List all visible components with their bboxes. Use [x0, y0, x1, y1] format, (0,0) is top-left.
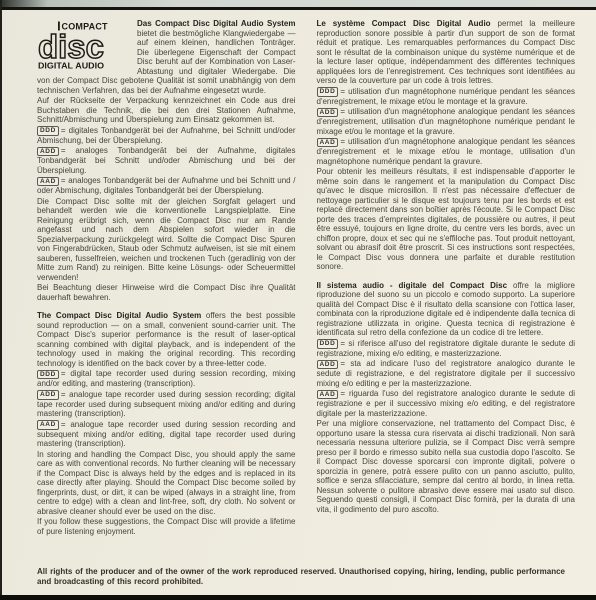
english-care: In storing and handling the Compact Disc… — [37, 450, 296, 517]
add-badge: ADD — [37, 390, 59, 400]
cd-logo-icon: COMPACT disc DIGITAL AUDIO — [37, 20, 129, 70]
german-ddd-text: = digitales Tonbandgerät bei der Aufnahm… — [37, 126, 296, 145]
bottom-border-line — [0, 595, 596, 600]
aad-badge: AAD — [317, 138, 339, 148]
aad-badge: AAD — [37, 420, 59, 430]
english-aad-text: = analogue tape recorder used during ses… — [37, 420, 296, 449]
french-code-ddd: DDD= utilisation d'un magnétophone numér… — [317, 87, 576, 107]
english-intro: The Compact Disc Digital Audio System of… — [37, 311, 296, 368]
booklet-page: COMPACT disc DIGITAL AUDIO Das Compact D… — [0, 0, 596, 600]
french-care: Pour obtenir les meilleurs résultats, il… — [317, 167, 576, 272]
top-border-line — [0, 7, 596, 10]
ddd-badge: DDD — [317, 339, 339, 349]
right-column: Le système Compact Disc Digital Audio pe… — [317, 19, 576, 537]
top-edge-strip — [0, 0, 596, 7]
french-code-aad: AAD= utilisation d'un magnétophone analo… — [317, 137, 576, 166]
german-code-intro: Auf der Rückseite der Verpackung kennzei… — [37, 96, 296, 125]
add-badge: ADD — [37, 147, 59, 157]
left-column: COMPACT disc DIGITAL AUDIO Das Compact D… — [37, 19, 296, 537]
german-code-aad: AAD= analoges Tonbandgerät bei der Aufna… — [37, 176, 296, 196]
german-code-ddd: DDD= digitales Tonbandgerät bei der Aufn… — [37, 126, 296, 146]
french-code-add: ADD= utilisation d'un magnétophone analo… — [317, 107, 576, 136]
english-code-aad: AAD= analogue tape recorder used during … — [37, 420, 296, 449]
text-columns: COMPACT disc DIGITAL AUDIO Das Compact D… — [37, 19, 575, 537]
german-closing: Bei Beachtung dieser Hinweise wird die C… — [37, 283, 296, 302]
logo-digital-audio-label: DIGITAL AUDIO — [38, 62, 104, 71]
italian-lead: Il sistema audio - digitale del Compact … — [317, 281, 508, 290]
english-code-add: ADD= analogue tape recorder used during … — [37, 390, 296, 419]
italian-aad-text: = riguarda l'uso del registratore analog… — [317, 389, 576, 418]
french-intro-text: permet la meilleure reproduction sonore … — [317, 19, 576, 85]
add-badge: ADD — [317, 360, 339, 370]
aad-badge: AAD — [37, 177, 59, 187]
italian-care: Per una migliore conservazione, nel trat… — [317, 419, 576, 514]
italian-code-add: ADD= sta ad indicare l'uso del registrat… — [317, 359, 576, 388]
ddd-badge: DDD — [317, 87, 339, 97]
italian-code-ddd: DDD= si riferisce all'uso del registrato… — [317, 339, 576, 359]
german-care: Die Compact Disc sollte mit der gleichen… — [37, 197, 296, 283]
add-badge: ADD — [317, 108, 339, 118]
italian-code-aad: AAD= riguarda l'uso del registratore ana… — [317, 389, 576, 418]
rights-notice: All rights of the producer and of the ow… — [37, 567, 565, 587]
italian-intro: Il sistema audio - digitale del Compact … — [317, 281, 576, 338]
logo-disc-word: disc — [38, 28, 104, 65]
french-ddd-text: = utilisation d'un magnétophone numériqu… — [317, 87, 576, 106]
french-add-text: = utilisation d'un magnétophone analogiq… — [317, 107, 576, 136]
compact-disc-logo: COMPACT disc DIGITAL AUDIO — [37, 20, 129, 70]
german-add-text: = analoges Tonbandgerät bei der Aufnahme… — [37, 146, 296, 175]
english-add-text: = analogue tape recorder used during ses… — [37, 390, 296, 419]
ddd-badge: DDD — [37, 126, 59, 136]
german-code-add: ADD= analoges Tonbandgerät bei der Aufna… — [37, 146, 296, 175]
italian-ddd-text: = si riferisce all'uso del registratore … — [317, 339, 576, 358]
english-lead: The Compact Disc Digital Audio System — [37, 311, 201, 320]
french-intro: Le système Compact Disc Digital Audio pe… — [317, 19, 576, 86]
german-aad-text: = analoges Tonbandgerät bei der Aufnahme… — [37, 176, 296, 195]
english-code-ddd: DDD= digital tape recorder used during s… — [37, 369, 296, 389]
left-border-line — [0, 0, 2, 600]
english-ddd-text: = digital tape recorder used during sess… — [37, 369, 296, 388]
aad-badge: AAD — [317, 390, 339, 400]
french-aad-text: = utilisation d'un magnétophone analogiq… — [317, 137, 576, 166]
english-closing: If you follow these suggestions, the Com… — [37, 517, 296, 536]
ddd-badge: DDD — [37, 370, 59, 380]
italian-add-text: = sta ad indicare l'uso del registratore… — [317, 359, 576, 388]
german-lead: Das Compact Disc Digital Audio System — [137, 19, 296, 28]
german-intro: COMPACT disc DIGITAL AUDIO Das Compact D… — [37, 19, 296, 95]
french-lead: Le système Compact Disc Digital Audio — [317, 19, 491, 28]
